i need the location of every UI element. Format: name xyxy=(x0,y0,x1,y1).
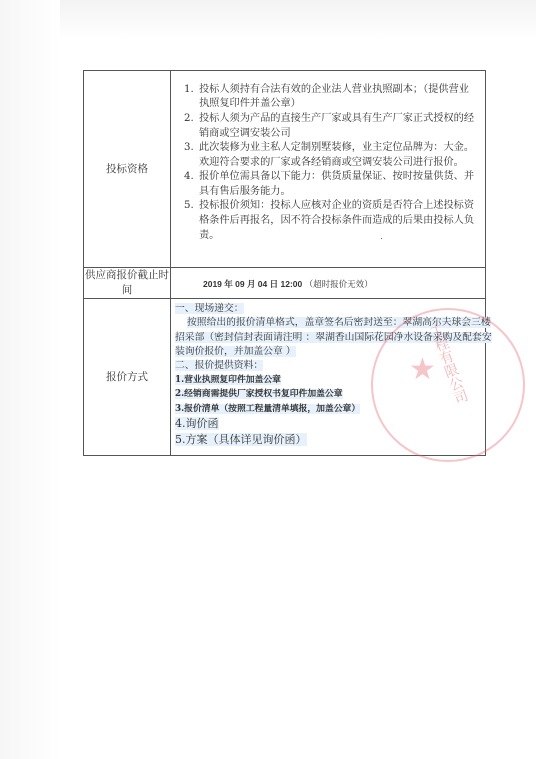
list-item: 此次装修为业主私人定制别墅装修，业主定位品牌为：大金。欢迎符合要求的厂家或各经销… xyxy=(197,141,479,170)
list-item: 投标人须为产品的直接生产厂家或具有生产厂家正式授权的经销商或空调安装公司 xyxy=(197,112,479,141)
section-heading: 一、现场递交： xyxy=(175,302,481,316)
deadline-value: 2019 年 09 月 04 日 12:00 xyxy=(203,279,302,289)
table-row-deadline: 供应商报价截止时间 2019 年 09 月 04 日 12:00 （超时报价无效… xyxy=(84,268,486,299)
page-shadow xyxy=(0,0,60,759)
qualification-label: 投标资格 xyxy=(106,163,148,175)
list-item: 报价单位需具备以下能力：供货质量保证、按时按量供货、并具有售后服务能力。 xyxy=(197,170,479,199)
method-text: 装询价报价，并加盖公章 ） xyxy=(175,345,481,359)
qualification-list: 投标人须持有合法有效的企业法人营业执照副本；（提供营业执照复印件并盖公章） 投标… xyxy=(171,83,485,244)
row-label: 报价方式 xyxy=(84,299,171,456)
row-label: 供应商报价截止时间 xyxy=(84,268,171,299)
material-item: 2.经销商需提供厂家授权书复印件加盖公章 xyxy=(175,387,481,401)
material-item: 1.营业执照复印件加盖公章 xyxy=(175,373,481,387)
bid-info-table: 投标资格 投标人须持有合法有效的企业法人营业执照副本；（提供营业执照复印件并盖公… xyxy=(83,70,486,456)
deadline-label: 供应商报价截止时间 xyxy=(85,269,169,296)
table-row-qualification: 投标资格 投标人须持有合法有效的企业法人营业执照副本；（提供营业执照复印件并盖公… xyxy=(84,71,486,268)
table-row-quote-method: 报价方式 工程有限公司 ★ 一、现场递交： 按照给出的报价清单格式，盖章签名后密… xyxy=(84,299,486,456)
material-item: 3.报价清单（按照工程量清单填报，加盖公章） xyxy=(175,402,481,416)
quote-method-content: 工程有限公司 ★ 一、现场递交： 按照给出的报价清单格式，盖章签名后密封送至：翠… xyxy=(171,299,486,456)
qualification-content: 投标人须持有合法有效的企业法人营业执照副本；（提供营业执照复印件并盖公章） 投标… xyxy=(171,71,486,268)
scan-speck xyxy=(381,238,382,239)
deadline-note: （超时报价无效） xyxy=(305,279,373,289)
deadline-content: 2019 年 09 月 04 日 12:00 （超时报价无效） xyxy=(171,268,486,299)
material-item: 4.询价函 xyxy=(175,416,481,432)
method-text: 按照给出的报价清单格式，盖章签名后密封送至：翠湖高尔夫球会三楼 xyxy=(175,316,481,330)
material-item: 5.方案（具体详见询价函） xyxy=(175,432,481,448)
section-heading: 二、报价提供资料： xyxy=(175,359,481,373)
list-item: 投标人须持有合法有效的企业法人营业执照副本；（提供营业执照复印件并盖公章） xyxy=(197,83,479,112)
quote-method-label: 报价方式 xyxy=(106,371,148,383)
row-label: 投标资格 xyxy=(84,71,171,268)
method-text: 招采部（密封信封表面请注明 ：翠湖香山国际花园净水设备采购及配套安 xyxy=(175,331,481,345)
list-item: 投标报价须知：投标人应核对企业的资质是否符合上述投标资格条件后再报名，因不符合投… xyxy=(197,199,479,243)
page-shadow xyxy=(0,0,536,40)
